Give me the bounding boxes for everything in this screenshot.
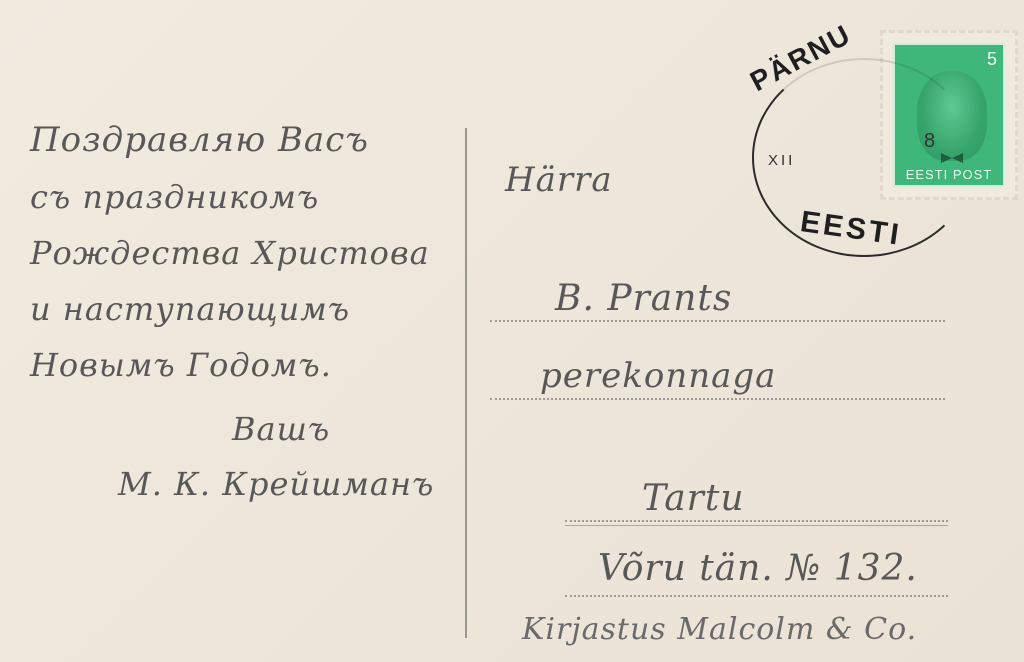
stamp-value: 5 <box>987 49 997 70</box>
address-line2: perekonnaga <box>540 356 776 396</box>
postmark-date: XII <box>768 152 795 169</box>
message-line-5: Новымъ Годомъ. <box>30 346 332 384</box>
address-line-2 <box>490 398 945 400</box>
message-closing: Вашъ <box>232 410 330 448</box>
message-line-1: Поздравляю Васъ <box>30 120 369 160</box>
address-street: Võru tän. № 132. <box>598 548 918 589</box>
message-line-4: и наступающимъ <box>30 290 350 328</box>
center-divider <box>465 128 467 638</box>
message-signature: М. К. Крейшманъ <box>118 465 434 503</box>
address-line-4 <box>565 595 948 597</box>
address-line-3 <box>565 520 948 522</box>
postmark-hour: 8 <box>924 130 935 153</box>
postcard-back: Поздравляю Васъ съ праздникомъ Рождества… <box>0 0 1024 662</box>
address-salutation: Härra <box>505 160 613 200</box>
address-line-1 <box>490 320 945 322</box>
publisher-imprint: Kirjastus Malcolm & Co. <box>522 612 917 647</box>
address-name: B. Prants <box>555 278 732 319</box>
message-line-3: Рождества Христова <box>30 234 430 272</box>
message-line-2: съ праздникомъ <box>30 178 319 216</box>
address-city: Tartu <box>642 478 745 519</box>
